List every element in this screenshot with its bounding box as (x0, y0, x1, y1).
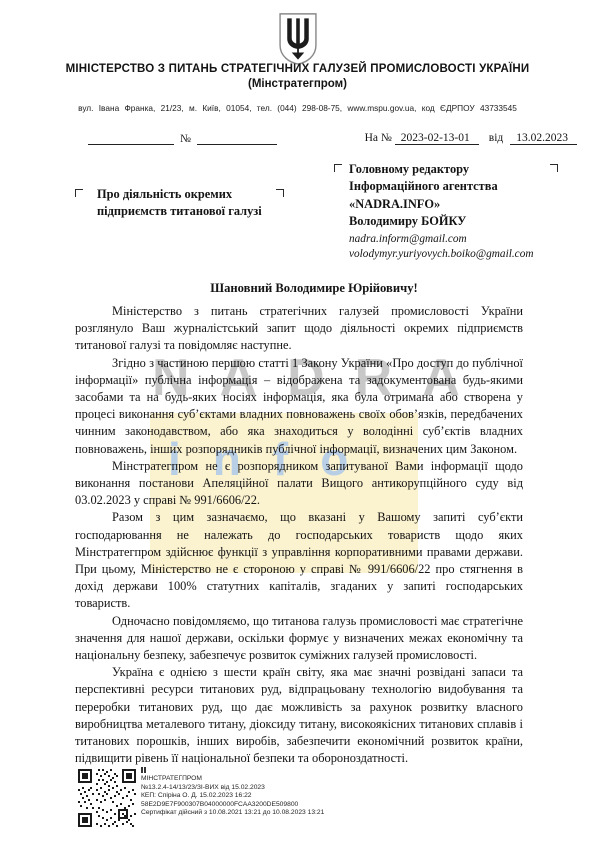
subject-text: Про діяльність окремих підприємств титан… (97, 186, 292, 221)
ministry-short-name: (Мінстратегпром) (0, 78, 595, 90)
reply-label: На № (365, 132, 392, 144)
ministry-name: МІНІСТЕРСТВО З ПИТАНЬ СТРАТЕГІЧНИХ ГАЛУЗ… (0, 63, 595, 75)
letter-body: Міністерство з питань стратегічних галуз… (75, 303, 523, 767)
stamp-tick (144, 767, 146, 773)
subject-bracket-left (75, 189, 83, 197)
body-paragraph: Україна є однією з шести країн світу, як… (75, 664, 523, 767)
signature-stamp: МІНСТРАТЕГПРОМ №13.2.4-14/13/23/ЗІ-ВИХ в… (141, 775, 401, 818)
stamp-doc-number: №13.2.4-14/13/23/ЗІ-ВИХ від 15.02.2023 (141, 784, 401, 793)
body-paragraph: Згідно з частиною першою статті 1 Закону… (75, 355, 523, 458)
addressee-emails: nadra.inform@gmail.com volodymyr.yuriyov… (349, 232, 569, 261)
addressee-email-2: volodymyr.yuriyovych.boiko@gmail.com (349, 247, 569, 262)
addressee-title: Головному редактору (349, 161, 554, 178)
reply-date-label: від (489, 132, 503, 144)
ukraine-trident-icon (274, 13, 322, 65)
reply-date-value: 13.02.2023 (510, 132, 577, 145)
stamp-tick (141, 767, 143, 773)
number-blank-field (197, 132, 277, 145)
body-paragraph: Одночасно повідомляємо, що титанова галу… (75, 613, 523, 665)
ministry-contact-line: вул. Івана Франка, 21/23, м. Київ, 01054… (0, 103, 595, 113)
qr-code (78, 769, 136, 827)
reply-number-value: 2023-02-13-01 (395, 132, 479, 145)
body-paragraph: Разом з цим зазначаємо, що вказані у Ваш… (75, 509, 523, 612)
reference-line: № На № 2023-02-13-01від13.02.2023 (88, 132, 577, 145)
stamp-organization: МІНСТРАТЕГПРОМ (141, 775, 401, 784)
addressee-organization: Інформаційного агентства (349, 178, 554, 195)
stamp-certificate: Сертифікат дійсний з 10.08.2021 13:21 до… (141, 809, 401, 818)
stamp-signer: КЕП: Спіріна О. Д. 15.02.2023 16:22 (141, 792, 401, 801)
outgoing-number-fields: № (88, 132, 277, 145)
number-label: № (180, 133, 191, 145)
addressee-block: Головному редактору Інформаційного агент… (349, 161, 554, 230)
date-blank-field (88, 132, 174, 145)
addressee-bracket-left (334, 164, 342, 172)
addressee-agency-name: «NADRA.INFO» (349, 196, 554, 213)
body-paragraph: Міністерство з питань стратегічних галуз… (75, 303, 523, 355)
reply-reference-fields: На № 2023-02-13-01від13.02.2023 (365, 132, 577, 145)
letter-page: NADRA info МІНІСТЕРСТВО З ПИТАНЬ СТРАТЕГ… (0, 0, 595, 841)
addressee-person-name: Володимиру БОЙКУ (349, 213, 554, 230)
addressee-email-1: nadra.inform@gmail.com (349, 232, 569, 247)
body-paragraph: Мінстратегпром не є розпорядником запиту… (75, 458, 523, 510)
salutation: Шановний Володимире Юрійовичу! (75, 281, 523, 296)
